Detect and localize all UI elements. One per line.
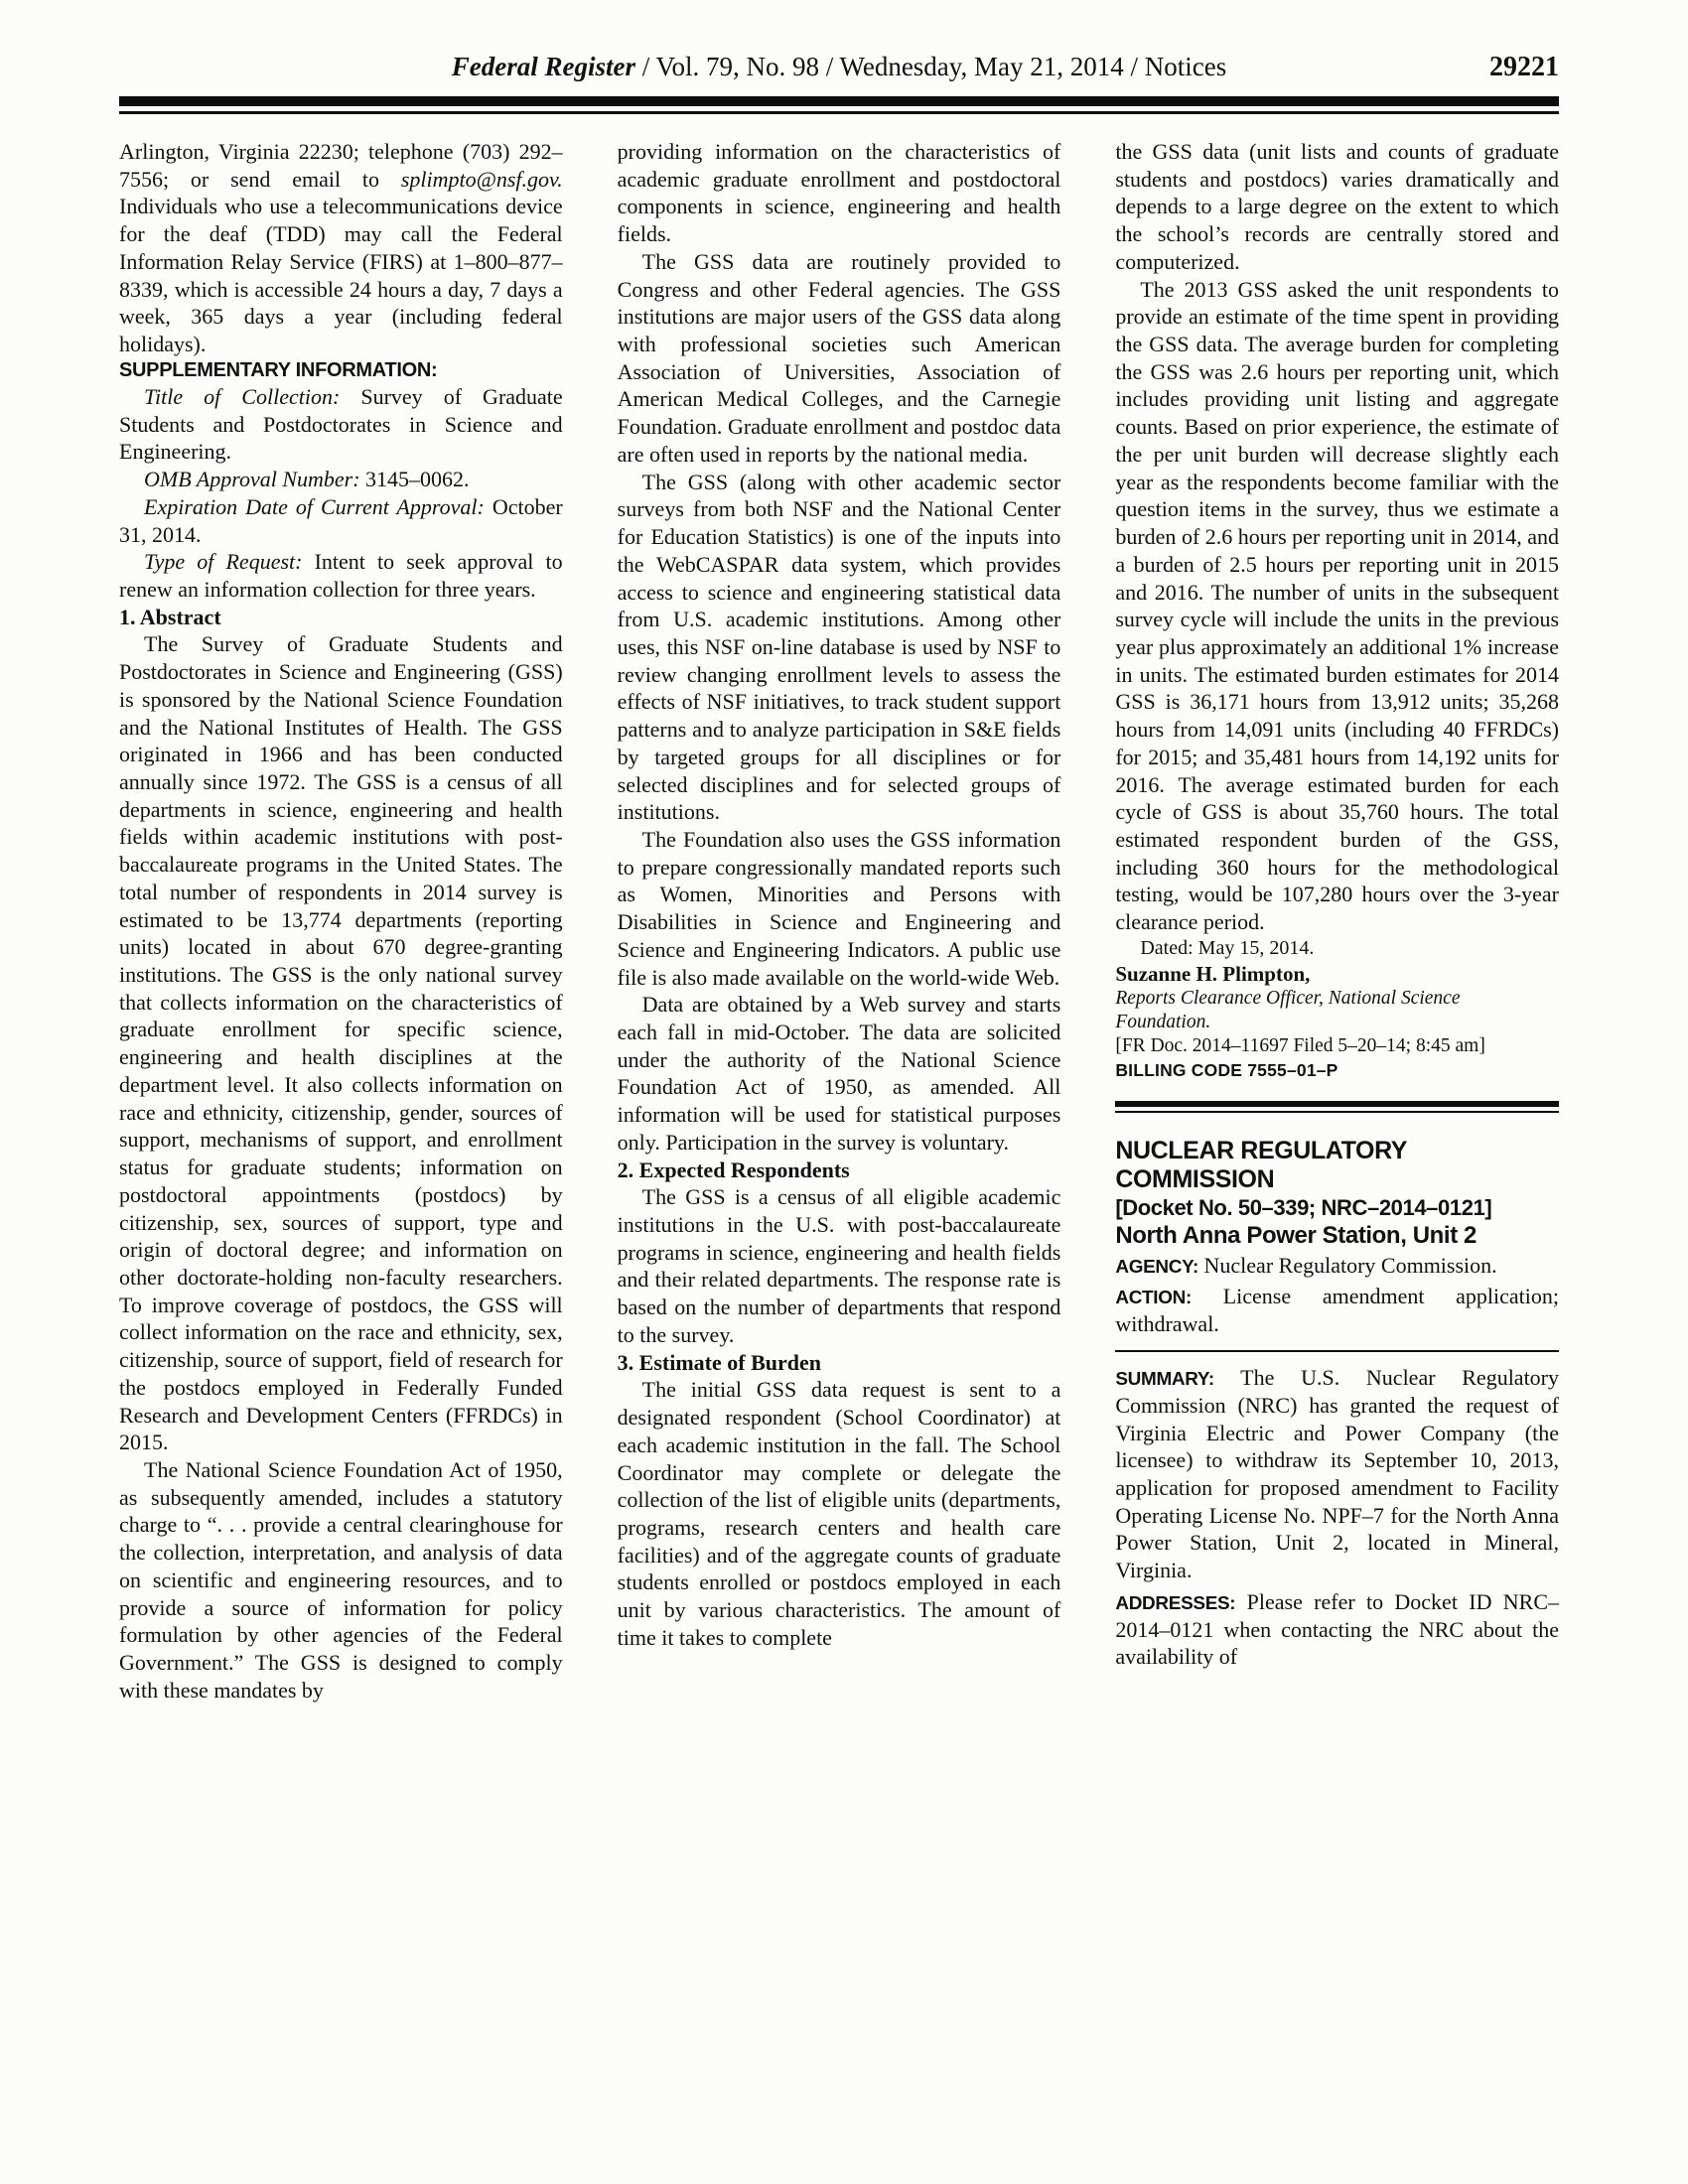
- action-paragraph: ACTION: License amendment application; w…: [1115, 1283, 1559, 1338]
- section-divider: [1115, 1101, 1559, 1113]
- gss-data-paragraph: The GSS data are routinely provided to C…: [618, 248, 1061, 469]
- continued-paragraph: providing information on the characteris…: [618, 138, 1061, 248]
- signer-name: Suzanne H. Plimpton,: [1115, 961, 1559, 987]
- journal-title: Federal Register: [452, 52, 635, 81]
- burden-paragraph: The initial GSS data request is sent to …: [618, 1376, 1061, 1651]
- page-number: 29221: [1489, 52, 1559, 83]
- action-label: ACTION:: [1115, 1288, 1192, 1308]
- email-text: splimpto@nsf.gov.: [401, 167, 563, 192]
- respondents-paragraph: The GSS is a census of all eligible acad…: [618, 1183, 1061, 1348]
- expiration-date-item: Expiration Date of Current Approval: Oct…: [119, 493, 563, 548]
- summary-text: The U.S. Nuclear Regulatory Commission (…: [1115, 1365, 1559, 1582]
- item-label: Title of Collection:: [144, 384, 340, 409]
- item-label: OMB Approval Number:: [144, 467, 360, 491]
- burden-estimate-paragraph: The 2013 GSS asked the unit respondents …: [1115, 276, 1559, 936]
- agency-text: Nuclear Regulatory Commission.: [1198, 1253, 1497, 1278]
- column-2: providing information on the characteris…: [618, 138, 1061, 1704]
- docket-line: [Docket No. 50–339; NRC–2014–0121]: [1115, 1194, 1559, 1222]
- abstract-heading: 1. Abstract: [119, 604, 563, 631]
- nrc-agency-heading: NUCLEAR REGULATORY COMMISSION: [1115, 1137, 1559, 1194]
- text-run: Individuals who use a telecommunications…: [119, 194, 563, 356]
- summary-label: SUMMARY:: [1115, 1369, 1213, 1390]
- header-citation: / Vol. 79, No. 98 / Wednesday, May 21, 2…: [635, 52, 1226, 81]
- header-rule: [119, 96, 1559, 114]
- continued-paragraph: Arlington, Virginia 22230; telephone (70…: [119, 138, 563, 358]
- estimate-of-burden-heading: 3. Estimate of Burden: [618, 1349, 1061, 1377]
- item-text: 3145–0062.: [360, 467, 470, 491]
- addresses-paragraph: ADDRESSES: Please refer to Docket ID NRC…: [1115, 1588, 1559, 1671]
- abstract-paragraph-1: The Survey of Graduate Students and Post…: [119, 630, 563, 1456]
- summary-paragraph: SUMMARY: The U.S. Nuclear Regulatory Com…: [1115, 1364, 1559, 1584]
- three-column-body: Arlington, Virginia 22230; telephone (70…: [119, 138, 1559, 1704]
- continued-paragraph: the GSS data (unit lists and counts of g…: [1115, 138, 1559, 276]
- abstract-paragraph-2: The National Science Foundation Act of 1…: [119, 1456, 563, 1704]
- federal-register-page: Federal Register / Vol. 79, No. 98 / Wed…: [0, 0, 1688, 2184]
- addresses-label: ADDRESSES:: [1115, 1593, 1235, 1614]
- column-3: the GSS data (unit lists and counts of g…: [1115, 138, 1559, 1704]
- item-label: Type of Request:: [144, 549, 302, 574]
- dated-line: Dated: May 15, 2014.: [1115, 936, 1559, 961]
- notice-title: North Anna Power Station, Unit 2: [1115, 1221, 1559, 1251]
- foundation-reports-paragraph: The Foundation also uses the GSS informa…: [618, 826, 1061, 991]
- agency-label: AGENCY:: [1115, 1257, 1198, 1278]
- page-header: Federal Register / Vol. 79, No. 98 / Wed…: [119, 52, 1559, 82]
- fr-doc-line: [FR Doc. 2014–11697 Filed 5–20–14; 8:45 …: [1115, 1034, 1559, 1059]
- column-1: Arlington, Virginia 22230; telephone (70…: [119, 138, 563, 1704]
- billing-code-line: BILLING CODE 7555–01–P: [1115, 1059, 1559, 1081]
- supplementary-information-label: SUPPLEMENTARY INFORMATION:: [119, 358, 563, 383]
- expected-respondents-heading: 2. Expected Respondents: [618, 1157, 1061, 1184]
- collection-title-item: Title of Collection: Survey of Graduate …: [119, 383, 563, 466]
- webcaspar-paragraph: The GSS (along with other academic secto…: [618, 469, 1061, 826]
- item-label: Expiration Date of Current Approval:: [144, 494, 485, 519]
- type-of-request-item: Type of Request: Intent to seek approval…: [119, 548, 563, 603]
- summary-divider: [1115, 1350, 1559, 1352]
- web-survey-paragraph: Data are obtained by a Web survey and st…: [618, 991, 1061, 1156]
- agency-paragraph: AGENCY: Nuclear Regulatory Commission.: [1115, 1252, 1559, 1280]
- omb-number-item: OMB Approval Number: 3145–0062.: [119, 466, 563, 493]
- signer-role: Reports Clearance Officer, National Scie…: [1115, 987, 1559, 1034]
